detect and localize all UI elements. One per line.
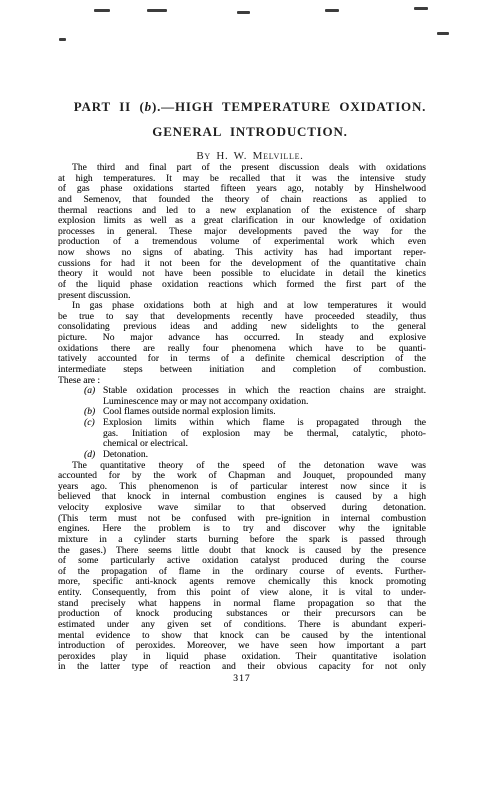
paragraph: The third and final part of the present … <box>58 163 426 301</box>
list-item-label: (a) <box>84 386 95 397</box>
scan-artifact <box>94 9 110 12</box>
text-line: Detonation. <box>103 450 426 461</box>
text-line: of the liquid phase oxidation reactions … <box>58 280 426 291</box>
paragraph: The quantitative theory of the speed of … <box>58 461 426 674</box>
scan-artifact <box>147 9 167 12</box>
text-line: intermediate steps between initiation an… <box>58 365 426 376</box>
scan-artifact <box>437 32 449 35</box>
list-item-label: (c) <box>84 418 95 429</box>
text-line: estimated under any given set of conditi… <box>58 620 426 631</box>
title-text-pre: PART II ( <box>74 99 145 114</box>
list-item-label: (d) <box>84 450 95 461</box>
article-title: PART II (b).—HIGH TEMPERATURE OXIDATION. <box>0 99 500 115</box>
text-line: mixture in a cylinder starts burning bef… <box>58 535 426 546</box>
scan-artifact <box>325 9 339 12</box>
scan-artifact <box>414 7 428 10</box>
scan-artifact <box>59 38 66 41</box>
scan-artifact <box>237 11 250 14</box>
paragraph: In gas phase oxidations both at high and… <box>58 301 426 386</box>
article-header: PART II (b).—HIGH TEMPERATURE OXIDATION.… <box>0 99 500 162</box>
scanned-paper-page: PART II (b).—HIGH TEMPERATURE OXIDATION.… <box>0 0 500 792</box>
list-item: (c)Explosion limits within which flame i… <box>58 418 426 450</box>
text-line: chemical or electrical. <box>103 439 426 450</box>
list-item: (d)Detonation. <box>58 450 426 461</box>
text-line: in the latter type of reaction and their… <box>58 662 426 673</box>
page-number: 317 <box>58 673 426 684</box>
byline: By H. W. Melville. <box>0 150 500 162</box>
list-item: (a)Stable oxidation processes in which t… <box>58 386 426 407</box>
title-text-post: ).—HIGH TEMPERATURE OXIDATION. <box>152 99 426 114</box>
text-body: The third and final part of the present … <box>58 163 426 673</box>
article-subtitle: GENERAL INTRODUCTION. <box>0 124 500 140</box>
text-line: and Semenov, that founded the theory of … <box>58 195 426 206</box>
title-part-letter: b <box>145 99 152 114</box>
